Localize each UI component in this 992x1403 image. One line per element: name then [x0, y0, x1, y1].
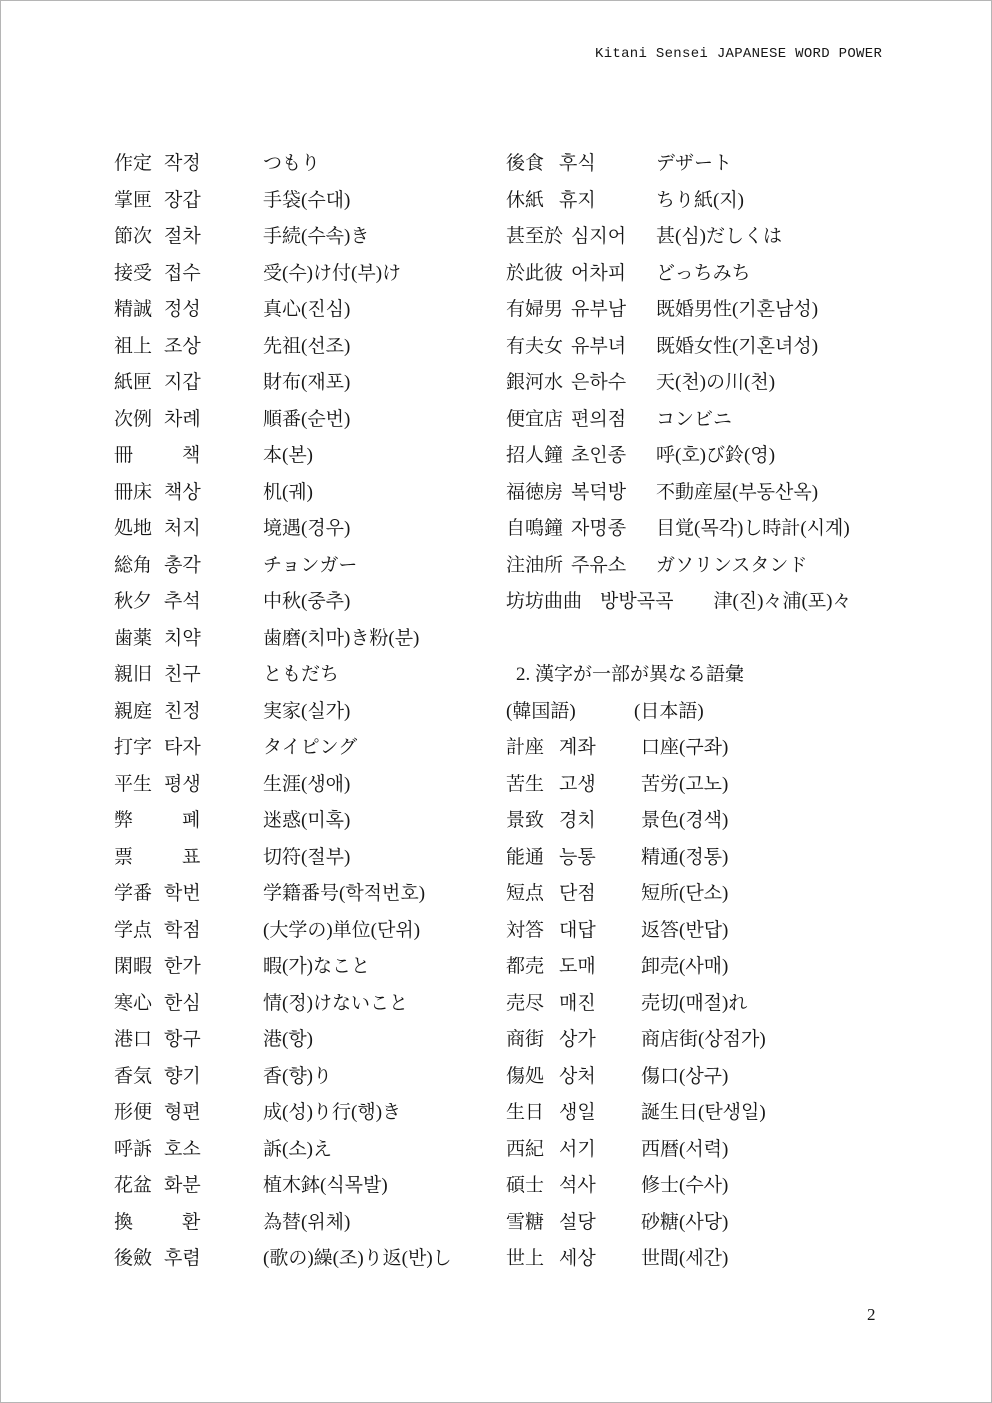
korean-word-group: 坊坊曲曲방방곡곡	[506, 584, 673, 621]
vocab-row: 後食후식デザート	[506, 146, 851, 183]
korean-hanja-text: 弊	[114, 803, 182, 840]
korean-hanja-text: 総角	[114, 548, 164, 585]
korean-hanja-text: 計座	[506, 730, 559, 767]
korean-hanja-text: 有婦男	[506, 292, 571, 329]
vocab-row: 票표切符(절부)	[114, 840, 452, 877]
vocab-row: 有夫女유부녀既婚女性(기혼녀성)	[506, 329, 851, 366]
korean-hangul-text: 대답	[559, 913, 596, 950]
japanese-equivalent-text: 情(정)けないこと	[263, 986, 408, 1023]
korean-hangul-text: 책상	[164, 475, 201, 512]
vocab-rows-right-section2: 計座계좌口座(구좌)苦生고생苦労(고노)景致경치景色(경색)能通능통精通(정통)…	[506, 730, 851, 1278]
korean-hanja-text: 後食	[506, 146, 559, 183]
page-number: 2	[867, 1305, 876, 1325]
japanese-equivalent-text: 切符(절부)	[263, 840, 350, 877]
korean-hangul-text: 석사	[559, 1168, 596, 1205]
korean-word-group: 対答대답	[506, 913, 641, 950]
document-page: Kitani Sensei JAPANESE WORD POWER 作定작정つも…	[0, 0, 992, 1403]
vocab-row: 生日생일誕生日(탄생일)	[506, 1095, 851, 1132]
korean-hanja-text: 作定	[114, 146, 164, 183]
korean-hangul-text: 향기	[164, 1059, 201, 1096]
japanese-equivalent-text: ちり紙(지)	[656, 183, 744, 220]
korean-word-group: 処地처지	[114, 511, 263, 548]
korean-hangul-text: 지갑	[164, 365, 201, 402]
korean-word-group: 掌匣장갑	[114, 183, 263, 220]
vocab-row: 精誠정성真心(진심)	[114, 292, 452, 329]
japanese-equivalent-text: どっちみち	[656, 256, 751, 293]
japanese-equivalent-text: 返答(반답)	[641, 913, 728, 950]
korean-word-group: 冊床책상	[114, 475, 263, 512]
vocab-row: 商街상가商店街(상점가)	[506, 1022, 851, 1059]
korean-hanja-text: 苦生	[506, 767, 559, 804]
korean-word-group: 景致경치	[506, 803, 641, 840]
japanese-equivalent-text: 学籍番号(학적번호)	[263, 876, 425, 913]
korean-word-group: 都売도매	[506, 949, 641, 986]
korean-hanja-text: 生日	[506, 1095, 559, 1132]
korean-word-group: 生日생일	[506, 1095, 641, 1132]
korean-word-group: 形便형편	[114, 1095, 263, 1132]
korean-hangul-text: 세상	[559, 1241, 596, 1278]
korean-hanja-text: 能通	[506, 840, 559, 877]
korean-hangul-text: 서기	[559, 1132, 596, 1169]
korean-hanja-text: 学番	[114, 876, 164, 913]
vocab-row: 甚至於심지어甚(심)だしくは	[506, 219, 851, 256]
korean-word-group: 招人鐘초인종	[506, 438, 656, 475]
korean-word-group: 商街상가	[506, 1022, 641, 1059]
korean-hanja-text: 後斂	[114, 1241, 164, 1278]
korean-hangul-text: 도매	[559, 949, 596, 986]
korean-hangul-text: 환	[182, 1205, 200, 1242]
korean-hanja-text: 形便	[114, 1095, 164, 1132]
korean-hangul-text: 한심	[164, 986, 201, 1023]
korean-hanja-text: 平生	[114, 767, 164, 804]
korean-hanja-text: 節次	[114, 219, 164, 256]
vocab-row: 学番학번学籍番号(학적번호)	[114, 876, 452, 913]
japanese-equivalent-text: 中秋(중추)	[263, 584, 350, 621]
vocab-row: 注油所주유소ガソリンスタンド	[506, 548, 851, 585]
korean-hangul-text: 초인종	[571, 438, 626, 475]
korean-hanja-text: 自鳴鐘	[506, 511, 571, 548]
korean-word-group: 碩士석사	[506, 1168, 641, 1205]
korean-hangul-text: 친구	[164, 657, 201, 694]
japanese-equivalent-text: 順番(순번)	[263, 402, 350, 439]
korean-hangul-text: 주유소	[571, 548, 626, 585]
korean-word-group: 短点단점	[506, 876, 641, 913]
vocab-row: 掌匣장갑手袋(수대)	[114, 183, 452, 220]
korean-hanja-text: 於此彼	[506, 256, 571, 293]
korean-hanja-text: 打字	[114, 730, 164, 767]
vocab-row: 傷処상처傷口(상구)	[506, 1059, 851, 1096]
japanese-equivalent-text: 卸売(사매)	[641, 949, 728, 986]
korean-hangul-text: 폐	[182, 803, 200, 840]
japanese-equivalent-text: 手続(수속)き	[263, 219, 369, 256]
vocab-row: 自鳴鐘자명종目覚(목각)し時計(시계)	[506, 511, 851, 548]
korean-hanja-text: 呼訴	[114, 1132, 164, 1169]
korean-word-group: 歯薬치약	[114, 621, 263, 658]
korean-word-group: 作定작정	[114, 146, 263, 183]
korean-hangul-text: 치약	[164, 621, 201, 658]
vocab-row: 於此彼어차피どっちみち	[506, 256, 851, 293]
japanese-equivalent-text: 歯磨(치마)き粉(분)	[263, 621, 419, 658]
japanese-equivalent-text: 暇(가)なこと	[263, 949, 370, 986]
korean-hanja-text: 冊床	[114, 475, 164, 512]
korean-word-group: 次例차례	[114, 402, 263, 439]
vocab-row: 節次절차手続(수속)き	[114, 219, 452, 256]
japanese-equivalent-text: 港(항)	[263, 1022, 313, 1059]
korean-hanja-text: 坊坊曲曲	[506, 584, 600, 621]
korean-hanja-text: 歯薬	[114, 621, 164, 658]
korean-hanja-text: 銀河水	[506, 365, 571, 402]
vocab-row: 秋夕추석中秋(중추)	[114, 584, 452, 621]
korean-hangul-text: 후식	[559, 146, 596, 183]
korean-hanja-text: 票	[114, 840, 182, 877]
vocab-row: 有婦男유부남既婚男性(기혼남성)	[506, 292, 851, 329]
korean-word-group: 平生평생	[114, 767, 263, 804]
korean-word-group: 世上세상	[506, 1241, 641, 1278]
vocab-row: 冊床책상机(궤)	[114, 475, 452, 512]
vocab-row: 花盆화분植木鉢(식목발)	[114, 1168, 452, 1205]
vocab-row: 後斂후렴(歌の)繰(조)り返(반)し	[114, 1241, 452, 1278]
korean-hangul-text: 방방곡곡	[600, 584, 673, 621]
korean-hanja-text: 商街	[506, 1022, 559, 1059]
section2-heading: 2. 漢字が一部が異なる語彙	[506, 657, 744, 694]
korean-word-group: 総角총각	[114, 548, 263, 585]
vocab-row: 都売도매卸売(사매)	[506, 949, 851, 986]
vocab-row: 作定작정つもり	[114, 146, 452, 183]
korean-hangul-text: 단점	[559, 876, 596, 913]
korean-hangul-text: 추석	[164, 584, 201, 621]
korean-hangul-text: 설당	[559, 1205, 596, 1242]
korean-word-group: 冊책	[114, 438, 263, 475]
japanese-equivalent-text: 香(향)り	[263, 1059, 332, 1096]
vocab-row: 銀河水은하수天(천)の川(천)	[506, 365, 851, 402]
korean-hangul-text: 편의점	[571, 402, 626, 439]
japanese-equivalent-text: 精通(정통)	[641, 840, 728, 877]
vocab-row: 景致경치景色(경색)	[506, 803, 851, 840]
korean-hanja-text: 接受	[114, 256, 164, 293]
vocab-row: 福徳房복덕방不動産屋(부동산옥)	[506, 475, 851, 512]
vocab-row: 呼訴호소訴(소)え	[114, 1132, 452, 1169]
korean-hanja-text: 都売	[506, 949, 559, 986]
vocab-row: 処地처지境遇(경우)	[114, 511, 452, 548]
vocab-row: 形便형편成(성)り行(행)き	[114, 1095, 452, 1132]
japanese-equivalent-text: 苦労(고노)	[641, 767, 728, 804]
korean-hanja-text: 次例	[114, 402, 164, 439]
korean-hangul-text: 절차	[164, 219, 201, 256]
korean-hangul-text: 표	[182, 840, 200, 877]
korean-hangul-text: 어차피	[571, 256, 626, 293]
korean-hangul-text: 책	[182, 438, 200, 475]
japanese-equivalent-text: 砂糖(사당)	[641, 1205, 728, 1242]
korean-word-group: 後斂후렴	[114, 1241, 263, 1278]
korean-word-group: 計座계좌	[506, 730, 641, 767]
vocab-row: 親庭친정実家(실가)	[114, 694, 452, 731]
korean-word-group: 傷処상처	[506, 1059, 641, 1096]
korean-hangul-text: 유부녀	[571, 329, 626, 366]
korean-hangul-text: 계좌	[559, 730, 596, 767]
korean-word-group: 呼訴호소	[114, 1132, 263, 1169]
korean-word-group: 休紙휴지	[506, 183, 656, 220]
korean-hangul-text: 항구	[164, 1022, 201, 1059]
japanese-equivalent-text: 為替(위체)	[263, 1205, 350, 1242]
korean-hangul-text: 한가	[164, 949, 201, 986]
japanese-equivalent-text: 世間(세간)	[641, 1241, 728, 1278]
korean-word-group: 能通능통	[506, 840, 641, 877]
korean-word-group: 売尽매진	[506, 986, 641, 1023]
korean-hanja-text: 港口	[114, 1022, 164, 1059]
vocab-row: 親旧친구ともだち	[114, 657, 452, 694]
korean-hangul-text: 자명종	[571, 511, 626, 548]
vocab-column-right: 後食후식デザート休紙휴지ちり紙(지)甚至於심지어甚(심)だしくは於此彼어차피どっ…	[506, 146, 851, 1278]
vocab-row: 西紀서기西暦(서력)	[506, 1132, 851, 1169]
japanese-equivalent-text: 不動産屋(부동산옥)	[656, 475, 818, 512]
japanese-equivalent-text: 手袋(수대)	[263, 183, 350, 220]
korean-word-group: 花盆화분	[114, 1168, 263, 1205]
korean-hanja-text: 換	[114, 1205, 182, 1242]
korean-word-group: 銀河水은하수	[506, 365, 656, 402]
vocab-row: 寒心한심情(정)けないこと	[114, 986, 452, 1023]
vocab-row: 短点단점短所(단소)	[506, 876, 851, 913]
korean-word-group: 節次절차	[114, 219, 263, 256]
vocab-row: 学点학점(大学の)単位(단위)	[114, 913, 452, 950]
korean-hangul-text: 은하수	[571, 365, 626, 402]
japanese-equivalent-text: 呼(호)び鈴(영)	[656, 438, 775, 475]
korean-word-group: 祖上조상	[114, 329, 263, 366]
vocab-rows-left: 作定작정つもり掌匣장갑手袋(수대)節次절차手続(수속)き接受접수受(수)け付(부…	[114, 146, 452, 1278]
korean-hangul-text: 매진	[559, 986, 596, 1023]
korean-hanja-text: 冊	[114, 438, 182, 475]
korean-hanja-text: 世上	[506, 1241, 559, 1278]
korean-hangul-text: 고생	[559, 767, 596, 804]
korean-word-group: 香気향기	[114, 1059, 263, 1096]
japanese-equivalent-text: 本(본)	[263, 438, 313, 475]
korean-word-group: 後食후식	[506, 146, 656, 183]
korean-word-group: 港口항구	[114, 1022, 263, 1059]
korean-word-group: 精誠정성	[114, 292, 263, 329]
korean-hangul-text: 작정	[164, 146, 201, 183]
korean-hangul-text: 형편	[164, 1095, 201, 1132]
korean-hangul-text: 휴지	[559, 183, 596, 220]
vocab-row: 紙匣지갑財布(재포)	[114, 365, 452, 402]
korean-word-group: 紙匣지갑	[114, 365, 263, 402]
korean-hanja-text: 親旧	[114, 657, 164, 694]
korean-hanja-text: 西紀	[506, 1132, 559, 1169]
korean-hangul-text: 접수	[164, 256, 201, 293]
japanese-equivalent-text: 先祖(선조)	[263, 329, 350, 366]
korean-word-group: 親庭친정	[114, 694, 263, 731]
korean-word-group: 弊폐	[114, 803, 263, 840]
korean-word-group: 学点학점	[114, 913, 263, 950]
vocab-row: 苦生고생苦労(고노)	[506, 767, 851, 804]
korean-hangul-text: 호소	[164, 1132, 201, 1169]
japanese-equivalent-text: デザート	[656, 146, 732, 183]
korean-hangul-text: 타자	[164, 730, 201, 767]
vocab-row: 碩士석사修士(수사)	[506, 1168, 851, 1205]
section2-labels-row: (韓国語) (日本語)	[506, 694, 851, 731]
korean-hanja-text: 精誠	[114, 292, 164, 329]
vocab-row: 港口항구港(항)	[114, 1022, 452, 1059]
vocab-row: 冊책本(본)	[114, 438, 452, 475]
vocab-row: 雪糖설당砂糖(사당)	[506, 1205, 851, 1242]
vocab-row: 対答대답返答(반답)	[506, 913, 851, 950]
korean-hangul-text: 상처	[559, 1059, 596, 1096]
korean-hanja-text: 親庭	[114, 694, 164, 731]
korean-word-group: 甚至於심지어	[506, 219, 656, 256]
korean-word-group: 接受접수	[114, 256, 263, 293]
korean-hanja-text: 注油所	[506, 548, 571, 585]
korean-hangul-text: 상가	[559, 1022, 596, 1059]
korean-word-group: 寒心한심	[114, 986, 263, 1023]
korean-hangul-text: 정성	[164, 292, 201, 329]
japanese-equivalent-text: 植木鉢(식목발)	[263, 1168, 388, 1205]
korean-hangul-text: 처지	[164, 511, 201, 548]
korean-hanja-text: 有夫女	[506, 329, 571, 366]
japanese-equivalent-text: 口座(구좌)	[641, 730, 728, 767]
korean-hangul-text: 복덕방	[571, 475, 626, 512]
japanese-equivalent-text: コンビニ	[656, 402, 732, 439]
korean-hanja-text: 閑暇	[114, 949, 164, 986]
korean-hanja-text: 碩士	[506, 1168, 559, 1205]
korean-hanja-text: 福徳房	[506, 475, 571, 512]
korean-hanja-text: 香気	[114, 1059, 164, 1096]
korean-hangul-text: 차례	[164, 402, 201, 439]
vocab-rows-right: 後食후식デザート休紙휴지ちり紙(지)甚至於심지어甚(심)だしくは於此彼어차피どっ…	[506, 146, 851, 621]
japanese-equivalent-text: 売切(매절)れ	[641, 986, 747, 1023]
japanese-equivalent-text: 机(궤)	[263, 475, 313, 512]
korean-word-group: 注油所주유소	[506, 548, 656, 585]
korean-hangul-text: 후렴	[164, 1241, 201, 1278]
japanese-equivalent-text: (大学の)単位(단위)	[263, 913, 420, 950]
korean-hangul-text: 친정	[164, 694, 201, 731]
korean-hanja-text: 紙匣	[114, 365, 164, 402]
japanese-equivalent-text: 商店街(상점가)	[641, 1022, 766, 1059]
korean-word-group: 換환	[114, 1205, 263, 1242]
vocab-row: 接受접수受(수)け付(부)け	[114, 256, 452, 293]
japanese-equivalent-text: ともだち	[263, 657, 339, 694]
blank-line	[506, 621, 851, 658]
japanese-equivalent-text: 傷口(상구)	[641, 1059, 728, 1096]
korean-hangul-text: 평생	[164, 767, 201, 804]
korean-word-group: 学番학번	[114, 876, 263, 913]
japanese-equivalent-text: 目覚(목각)し時計(시계)	[656, 511, 850, 548]
japanese-equivalent-text: 成(성)り行(행)き	[263, 1095, 401, 1132]
korean-hangul-text: 장갑	[164, 183, 201, 220]
korean-hangul-text: 생일	[559, 1095, 596, 1132]
vocab-row: 弊폐迷惑(미혹)	[114, 803, 452, 840]
korean-hanja-text: 傷処	[506, 1059, 559, 1096]
vocab-row: 坊坊曲曲방방곡곡津(진)々浦(포)々	[506, 584, 851, 621]
vocab-row: 計座계좌口座(구좌)	[506, 730, 851, 767]
korean-hangul-text: 능통	[559, 840, 596, 877]
korean-hangul-text: 경치	[559, 803, 596, 840]
korean-word-group: 有夫女유부녀	[506, 329, 656, 366]
japanese-equivalent-text: 景色(경색)	[641, 803, 728, 840]
korean-hanja-text: 甚至於	[506, 219, 571, 256]
korean-hanja-text: 招人鐘	[506, 438, 571, 475]
japanese-equivalent-text: 天(천)の川(천)	[656, 365, 775, 402]
japanese-equivalent-text: 甚(심)だしくは	[656, 219, 782, 256]
japanese-equivalent-text: 真心(진심)	[263, 292, 350, 329]
japanese-equivalent-text: 西暦(서력)	[641, 1132, 728, 1169]
korean-hangul-text: 심지어	[571, 219, 626, 256]
vocab-row: 香気향기香(향)り	[114, 1059, 452, 1096]
japanese-equivalent-text: 境遇(경우)	[263, 511, 350, 548]
korean-hanja-text: 便宜店	[506, 402, 571, 439]
japanese-equivalent-text: 受(수)け付(부)け	[263, 256, 401, 293]
korean-word-group: 西紀서기	[506, 1132, 641, 1169]
korean-hanja-text: 休紙	[506, 183, 559, 220]
korean-word-group: 打字타자	[114, 730, 263, 767]
korean-hanja-text: 処地	[114, 511, 164, 548]
korean-hanja-text: 祖上	[114, 329, 164, 366]
japanese-equivalent-text: 財布(재포)	[263, 365, 350, 402]
japanese-equivalent-text: 既婚女性(기혼녀성)	[656, 329, 818, 366]
vocab-row: 休紙휴지ちり紙(지)	[506, 183, 851, 220]
korean-hanja-text: 景致	[506, 803, 559, 840]
document-title: Kitani Sensei JAPANESE WORD POWER	[595, 46, 882, 62]
japanese-equivalent-text: 迷惑(미혹)	[263, 803, 350, 840]
vocab-row: 歯薬치약歯磨(치마)き粉(분)	[114, 621, 452, 658]
japanese-equivalent-text: つもり	[263, 146, 320, 183]
japanese-equivalent-text: 誕生日(탄생일)	[641, 1095, 766, 1132]
korean-hanja-text: 学点	[114, 913, 164, 950]
korean-word-group: 苦生고생	[506, 767, 641, 804]
korean-word-group: 福徳房복덕방	[506, 475, 656, 512]
section2-heading-row: 2. 漢字が一部が異なる語彙	[506, 657, 851, 694]
vocab-row: 招人鐘초인종呼(호)び鈴(영)	[506, 438, 851, 475]
korean-word-group: 閑暇한가	[114, 949, 263, 986]
vocab-row: 閑暇한가暇(가)なこと	[114, 949, 452, 986]
korean-word-group: 秋夕추석	[114, 584, 263, 621]
korean-hanja-text: 売尽	[506, 986, 559, 1023]
japanese-equivalent-text: 訴(소)え	[263, 1132, 332, 1169]
korean-hanja-text: 雪糖	[506, 1205, 559, 1242]
vocab-row: 能通능통精通(정통)	[506, 840, 851, 877]
vocab-column-left: 作定작정つもり掌匣장갑手袋(수대)節次절차手続(수속)き接受접수受(수)け付(부…	[114, 146, 452, 1278]
korean-hanja-text: 花盆	[114, 1168, 164, 1205]
vocab-row: 祖上조상先祖(선조)	[114, 329, 452, 366]
vocab-row: 打字타자タイピング	[114, 730, 452, 767]
japanese-equivalent-text: (歌の)繰(조)り返(반)し	[263, 1241, 452, 1278]
japanese-equivalent-text: 実家(실가)	[263, 694, 350, 731]
korean-word-group: 自鳴鐘자명종	[506, 511, 656, 548]
japanese-equivalent-text: 津(진)々浦(포)々	[713, 584, 851, 621]
korean-word-group: 票표	[114, 840, 263, 877]
vocab-row: 換환為替(위체)	[114, 1205, 452, 1242]
korean-hangul-text: 학점	[164, 913, 201, 950]
section2-label-korean: (韓国語)	[506, 694, 634, 731]
korean-hanja-text: 短点	[506, 876, 559, 913]
japanese-equivalent-text: ガソリンスタンド	[656, 548, 807, 585]
vocab-row: 世上세상世間(세간)	[506, 1241, 851, 1278]
korean-hangul-text: 유부남	[571, 292, 626, 329]
korean-hangul-text: 총각	[164, 548, 201, 585]
korean-hanja-text: 掌匣	[114, 183, 164, 220]
korean-hangul-text: 화분	[164, 1168, 201, 1205]
section2-label-japanese: (日本語)	[634, 694, 704, 731]
korean-word-group: 便宜店편의점	[506, 402, 656, 439]
korean-hangul-text: 학번	[164, 876, 201, 913]
japanese-equivalent-text: 既婚男性(기혼남성)	[656, 292, 818, 329]
vocab-row: 総角총각チョンガー	[114, 548, 452, 585]
vocab-row: 次例차례順番(순번)	[114, 402, 452, 439]
japanese-equivalent-text: 生涯(생애)	[263, 767, 350, 804]
japanese-equivalent-text: 修士(수사)	[641, 1168, 728, 1205]
korean-word-group: 親旧친구	[114, 657, 263, 694]
japanese-equivalent-text: タイピング	[263, 730, 357, 767]
vocab-row: 平生평생生涯(생애)	[114, 767, 452, 804]
korean-word-group: 雪糖설당	[506, 1205, 641, 1242]
japanese-equivalent-text: 短所(단소)	[641, 876, 728, 913]
